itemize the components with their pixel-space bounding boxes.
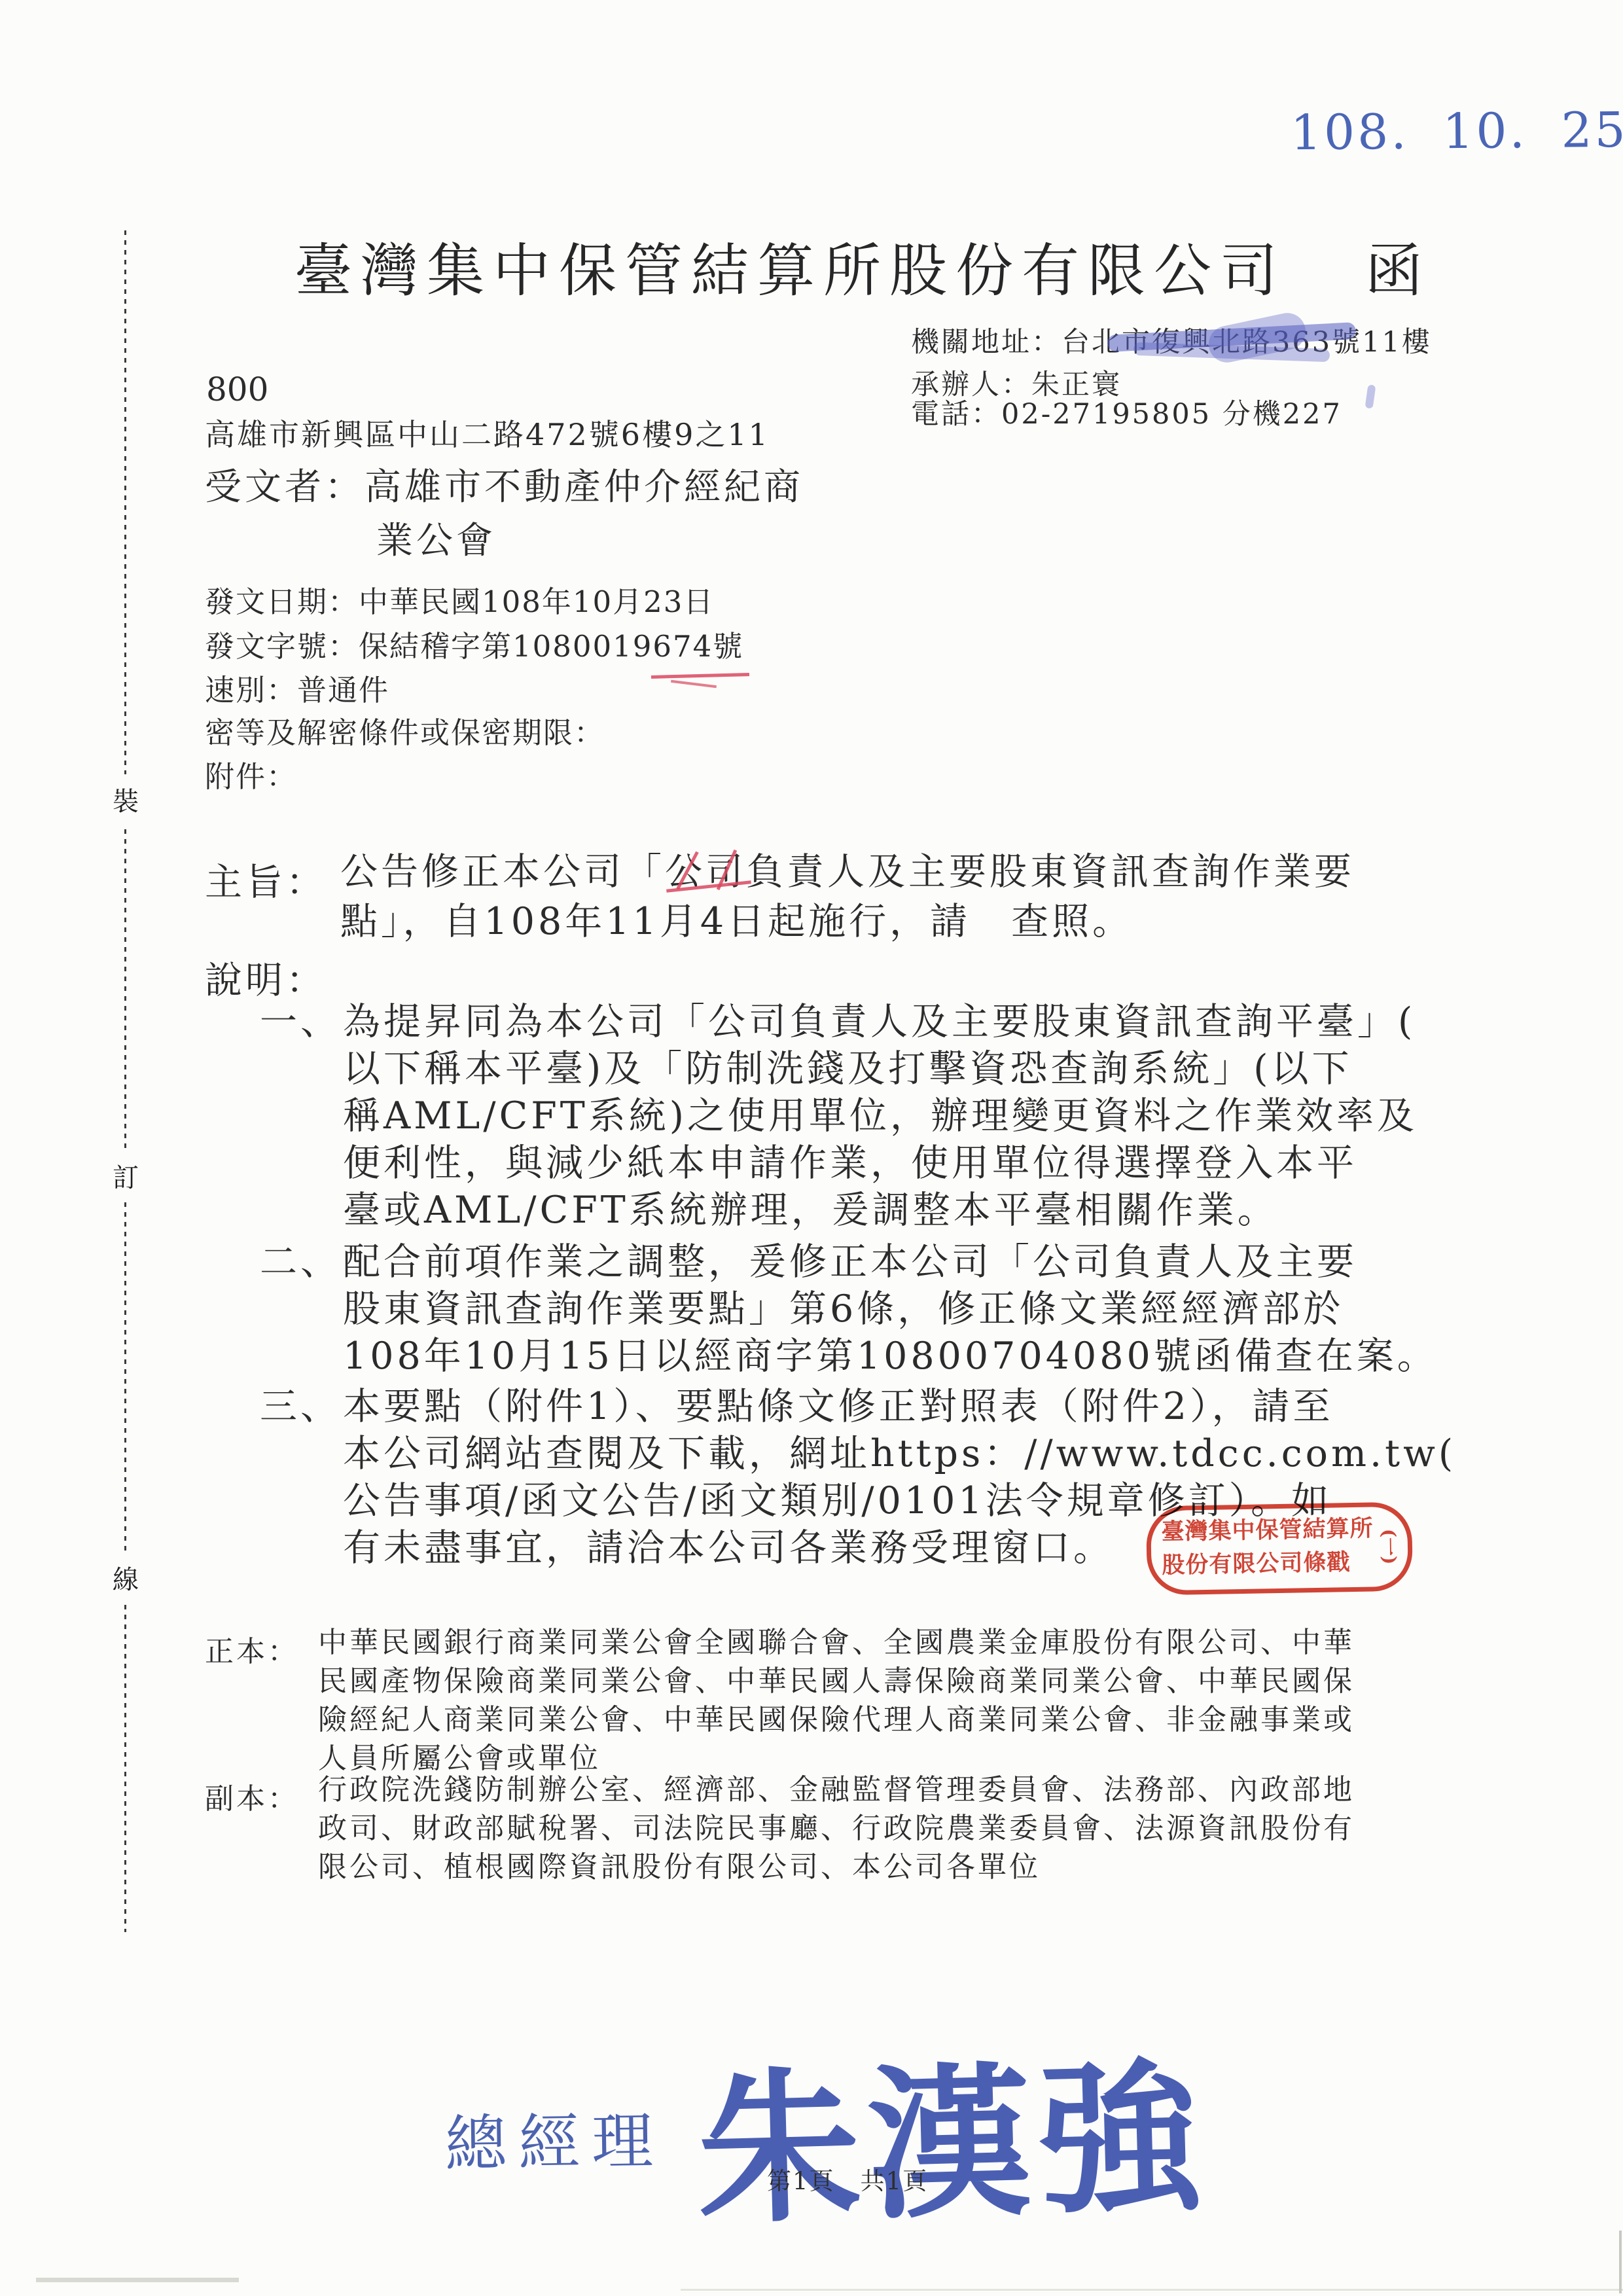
text-line: 稱AML/CFT系統)之使用單位，辦理變更資料之作業效率及 (343, 1092, 1418, 1139)
binding-dotted-line (124, 230, 126, 1932)
text-line: 配合前項作業之調整，爰修正本公司「公司負責人及主要 (343, 1238, 1438, 1285)
text-line: 中華民國銀行商業同業公會全國聯合會、全國農業金庫股份有限公司、中華 (318, 1623, 1355, 1662)
scanned-document-page: { "stamp_date": "108. 10. 25", "title": … (0, 0, 1623, 2296)
text-line: 險經紀人商業同業公會、中華民國保險代理人商業同業公會、非金融事業或 (318, 1700, 1355, 1739)
explanation-heading: 說明： (205, 950, 327, 1004)
scan-artifact (36, 2278, 239, 2282)
subject-text: 公告修正本公司「公司負責人及主要股東資訊查詢作業要點」，自108年11月4日起施… (340, 847, 1355, 946)
agency-phone: 電話：02-27195805 分機227 (911, 392, 1342, 432)
signer-name-stamp: 朱漢強 (694, 2006, 1210, 2255)
red-pen-underline (651, 673, 749, 679)
text-line: 臺或AML/CFT系統辦理，爰調整本平臺相關作業。 (343, 1187, 1418, 1234)
cc-copy-label: 副本： (205, 1775, 299, 1817)
item-2-number: 二、 (260, 1238, 341, 1285)
cc-copy-recipients: 行政院洗錢防制辦公室、經濟部、金融監督管理委員會、法務部、內政部地政司、財政部賦… (318, 1770, 1355, 1886)
item-1-number: 一、 (260, 998, 341, 1045)
seal-suffix: (一) (1376, 1528, 1403, 1564)
scan-artifact (681, 2289, 1623, 2291)
scan-artifact (1619, 2231, 1622, 2293)
original-copy-label: 正本： (205, 1628, 299, 1670)
recipient-postal-code: 800 (206, 370, 268, 408)
binding-mark-xian: 線 (111, 1552, 140, 1603)
attachment-field: 附件： (205, 753, 297, 795)
text-line: 本要點（附件1）、要點條文修正對照表（附件2），請至 (343, 1383, 1456, 1430)
recipient-line2: 業公會 (376, 512, 496, 564)
binding-mark-ding: 訂 (111, 1151, 140, 1201)
signer-title-stamp: 總經理 (444, 2092, 666, 2183)
seal-line2: 股份有限公司條戳 (1162, 1549, 1351, 1579)
item-1-text: 為提昇同為本公司「公司負責人及主要股東資訊查詢平臺」(以下稱本平臺)及「防制洗錢… (343, 998, 1418, 1234)
company-seal-stamp: 臺灣集中保管結算所股份有限公司條戳 (一) (1146, 1501, 1413, 1595)
text-line: 便利性，與減少紙本申請作業，使用單位得選擇登入本平 (343, 1139, 1418, 1187)
seal-text: 臺灣集中保管結算所股份有限公司條戳 (1161, 1511, 1378, 1582)
text-line: 股東資訊查詢作業要點」第6條，修正條文業經經濟部於 (343, 1285, 1438, 1333)
document-type-label: 函 (1365, 225, 1423, 308)
speed-class: 速別：普通件 (205, 666, 389, 709)
issuer-title: 臺灣集中保管結算所股份有限公司 (294, 225, 1286, 308)
red-pen-underline (671, 680, 717, 689)
item-2-text: 配合前項作業之調整，爰修正本公司「公司負責人及主要股東資訊查詢作業要點」第6條，… (343, 1238, 1438, 1380)
text-line: 政司、財政部賦稅署、司法院民事廳、行政院農業委員會、法源資訊股份有 (318, 1809, 1355, 1848)
text-line: 為提昇同為本公司「公司負責人及主要股東資訊查詢平臺」( (343, 998, 1418, 1045)
text-line: 108年10月15日以經商字第10800704080號函備查在案。 (343, 1333, 1438, 1380)
subject-label: 主旨： (205, 852, 327, 906)
issue-date: 發文日期：中華民國108年10月23日 (205, 578, 714, 620)
security-class: 密等及解密條件或保密期限： (205, 709, 605, 751)
text-line: 本公司網站查閱及下載，網址https：//www.tdcc.com.tw( (343, 1430, 1456, 1477)
original-copy-recipients: 中華民國銀行商業同業公會全國聯合會、全國農業金庫股份有限公司、中華民國產物保險商… (318, 1623, 1355, 1778)
received-date-stamp: 108. 10. 25 (1291, 102, 1623, 161)
text-line: 點」，自108年11月4日起施行，請 查照。 (340, 897, 1355, 946)
binding-mark-zhuang: 裝 (111, 774, 140, 825)
page-number: 第1頁 共1頁 (767, 2161, 928, 2197)
text-line: 行政院洗錢防制辦公室、經濟部、金融監督管理委員會、法務部、內政部地 (318, 1770, 1355, 1809)
text-line: 公告修正本公司「公司負責人及主要股東資訊查詢作業要 (340, 847, 1355, 897)
text-line: 限公司、植根國際資訊股份有限公司、本公司各單位 (318, 1848, 1355, 1886)
text-line: 民國產物保險商業同業公會、中華民國人壽保險商業同業公會、中華民國保 (318, 1662, 1355, 1700)
recipient-address: 高雄市新興區中山二路472號6樓9之11 (205, 411, 770, 454)
item-3-number: 三、 (260, 1383, 341, 1430)
recipient-line1: 受文者：高雄市不動產仲介經紀商 (205, 458, 804, 511)
text-line: 以下稱本平臺)及「防制洗錢及打擊資恐查詢系統」(以下 (343, 1045, 1418, 1092)
document-number: 發文字號：保結稽字第1080019674號 (205, 622, 743, 665)
seal-line1: 臺灣集中保管結算所 (1161, 1515, 1374, 1545)
blue-pen-scribble (1365, 384, 1376, 408)
